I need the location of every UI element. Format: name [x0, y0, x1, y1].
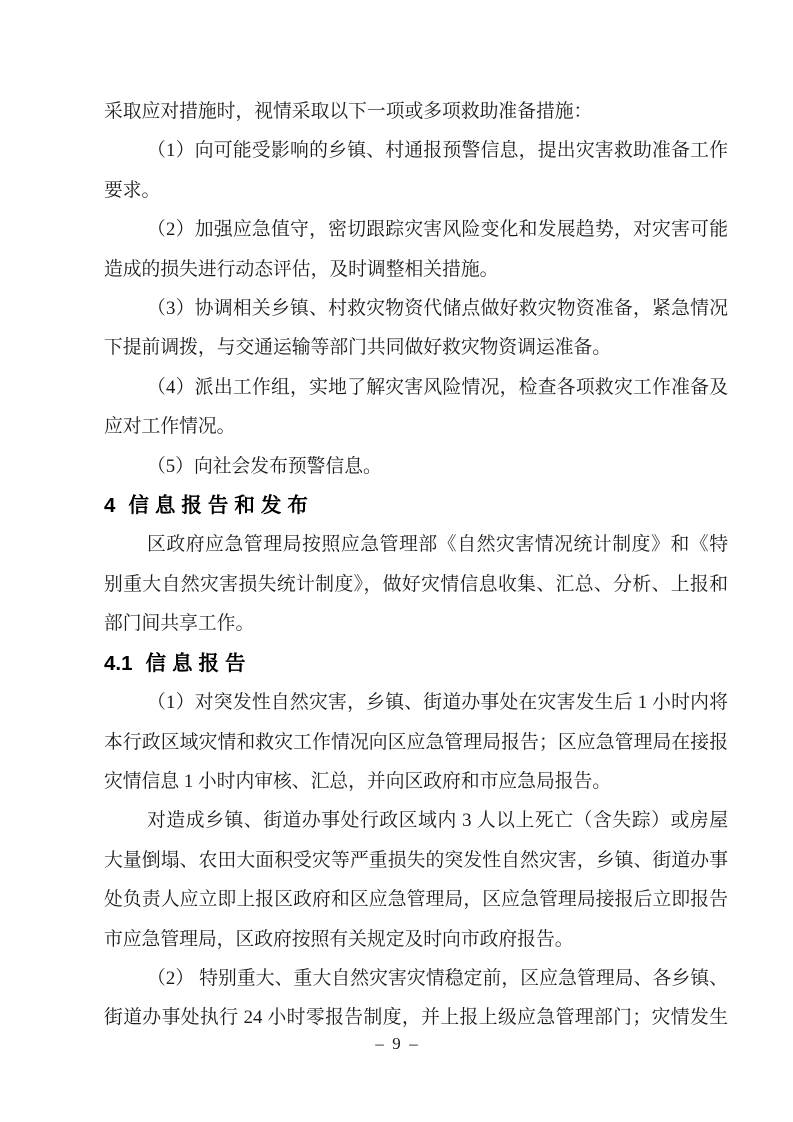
paragraph-report-within-1-hour: （1）对突发性自然灾害，乡镇、街道办事处在灾害发生后 1 小时内将本行政区域灾情…: [104, 683, 728, 801]
section-number: 4: [104, 494, 115, 517]
list-item-5-public-warning: （5）向社会发布预警信息。: [104, 447, 728, 486]
paragraph-statistics-system: 区政府应急管理局按照应急管理部《自然灾害情况统计制度》和《特别重大自然灾害损失统…: [104, 525, 728, 643]
paragraph-severe-disaster-reporting: 对造成乡镇、街道办事处行政区域内 3 人以上死亡（含失踪）或房屋大量倒塌、农田大…: [104, 801, 728, 959]
paragraph-zero-report-system: （2） 特别重大、重大自然灾害灾情稳定前，区应急管理局、各乡镇、街道办事处执行 …: [104, 959, 728, 1038]
section-title: 信息报告和发布: [128, 494, 314, 517]
document-body: 采取应对措施时，视情采取以下一项或多项救助准备措施： （1）向可能受影响的乡镇、…: [104, 92, 728, 1038]
section-heading-4-1: 4.1信息报告: [104, 644, 728, 683]
list-item-4-work-group: （4）派出工作组，实地了解灾害风险情况，检查各项救灾工作准备及应对工作情况。: [104, 368, 728, 447]
page-number: – 9 –: [0, 1032, 793, 1056]
list-item-2-emergency-duty: （2）加强应急值守，密切跟踪灾害风险变化和发展趋势，对灾害可能造成的损失进行动态…: [104, 210, 728, 289]
paragraph-continued-from-previous-page: 采取应对措施时，视情采取以下一项或多项救助准备措施：: [104, 92, 728, 131]
section-number: 4.1: [104, 652, 133, 675]
list-item-1-warning-info: （1）向可能受影响的乡镇、村通报预警信息，提出灾害救助准备工作要求。: [104, 131, 728, 210]
list-item-3-relief-supplies: （3）协调相关乡镇、村救灾物资代储点做好救灾物资准备，紧急情况下提前调拨，与交通…: [104, 289, 728, 368]
section-heading-4: 4信息报告和发布: [104, 486, 728, 525]
section-title: 信息报告: [146, 652, 252, 675]
